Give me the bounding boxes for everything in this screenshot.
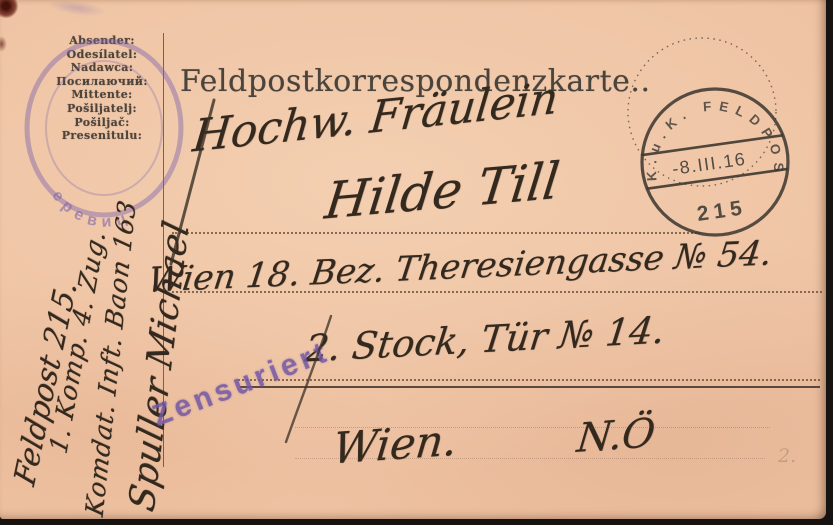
ink-flourishes [0,0,833,525]
pencil-mark: 2. [778,445,796,467]
ink-flourish-stroke [171,100,214,264]
ink-flourish-stroke [286,316,331,442]
postcard: Absender: Odesílatel: Nadawca: Посилаючи… [0,0,826,519]
